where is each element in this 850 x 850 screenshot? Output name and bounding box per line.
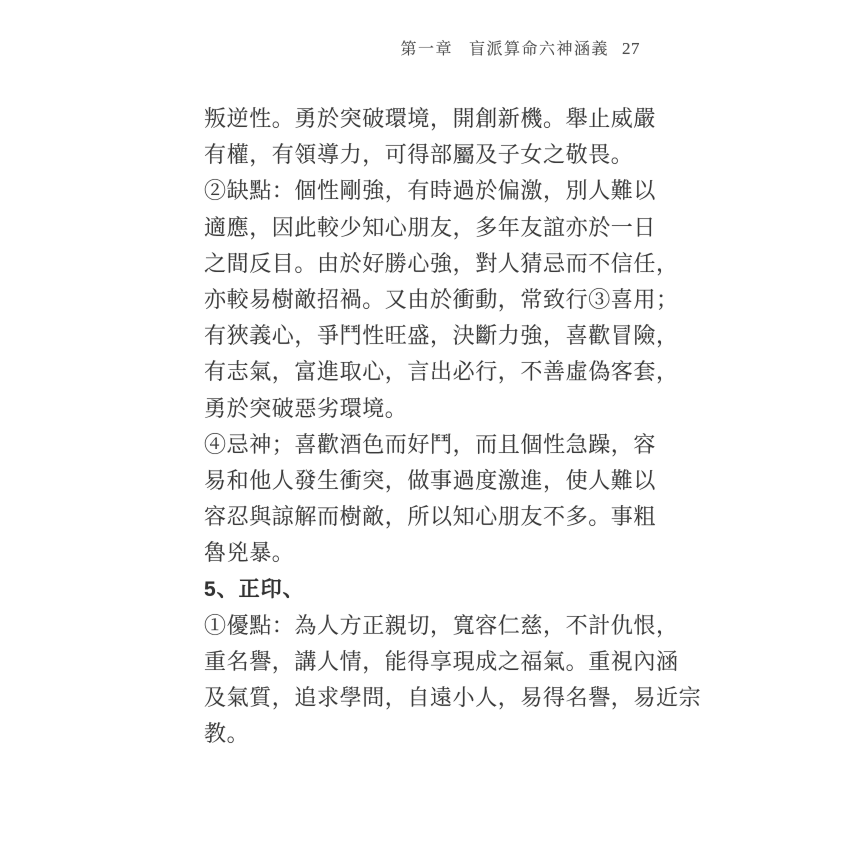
text-line: 之間反目。由於好勝心強，對人猜忌而不信任，: [204, 246, 684, 282]
page-number: 27: [622, 39, 640, 58]
text-line: 有權，有領導力，可得部屬及子女之敬畏。: [204, 137, 684, 173]
text-line: 有狹義心，爭鬥性旺盛，決斷力強，喜歡冒險，: [204, 318, 684, 354]
text-line: 亦較易樹敵招禍。又由於衝動，常致行③喜用；: [204, 282, 684, 318]
section-heading: 5、正印、: [204, 572, 684, 608]
text-line: 叛逆性。勇於突破環境，開創新機。舉止威嚴: [204, 101, 684, 137]
text-line: 教。: [204, 716, 684, 752]
text-line: 有志氣，富進取心，言出必行，不善虛偽客套，: [204, 354, 684, 390]
text-line: ②缺點：個性剛強，有時過於偏激，別人難以: [204, 173, 684, 209]
chapter-label: 第一章: [400, 41, 453, 58]
text-line: 勇於突破惡劣環境。: [204, 391, 684, 427]
text-line: ①優點：為人方正親切，寬容仁慈，不計仇恨，: [204, 608, 684, 644]
text-line: 重名譽，講人情，能得享現成之福氣。重視內涵: [204, 644, 684, 680]
section-title: 盲派算命六神涵義: [469, 41, 609, 58]
text-line: 容忍與諒解而樹敵，所以知心朋友不多。事粗: [204, 499, 684, 535]
text-line: 及氣質，追求學問，自遠小人，易得名譽，易近宗: [204, 680, 684, 716]
text-line: 適應，因此較少知心朋友，多年友誼亦於一日: [204, 210, 684, 246]
book-page: 第一章盲派算命六神涵義27 叛逆性。勇於突破環境，開創新機。舉止威嚴 有權，有領…: [0, 0, 850, 850]
body-text-block: 叛逆性。勇於突破環境，開創新機。舉止威嚴 有權，有領導力，可得部屬及子女之敬畏。…: [204, 101, 684, 753]
running-header: 第一章盲派算命六神涵義27: [400, 36, 640, 59]
text-line: 易和他人發生衝突，做事過度激進，使人難以: [204, 463, 684, 499]
text-line: ④忌神；喜歡酒色而好鬥，而且個性急躁，容: [204, 427, 684, 463]
text-line: 魯兇暴。: [204, 535, 684, 571]
